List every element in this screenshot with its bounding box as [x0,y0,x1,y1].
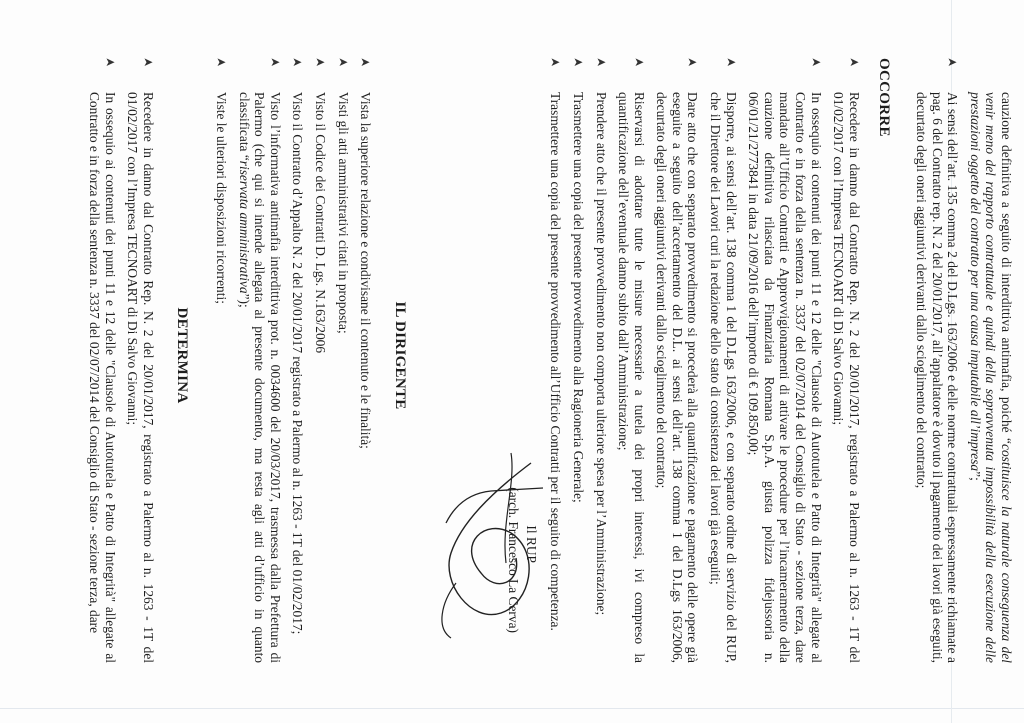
section-heading-il-dirigente: IL DIRIGENTE [391,48,407,663]
arrowhead-bullet-icon: ➤ [811,55,821,71]
arrowhead-bullet-icon: ➤ [293,55,303,71]
arrowhead-bullet-icon: ➤ [360,55,370,71]
arrowhead-bullet-icon: ➤ [270,55,280,71]
occorre-item: ➤ Disporre, ai sensi dell’art. 138 comma… [708,48,739,663]
determina-item: ➤ Recedere in danno dal Contratto Rep. N… [125,48,156,663]
dirigente-item: ➤ Visto il Contratto d’Appalto N. 2 del … [290,48,306,663]
arrowhead-bullet-icon: ➤ [338,55,348,71]
arrowhead-bullet-icon: ➤ [849,55,859,71]
dirigente-item: ➤ Visti gli atti amministrativi citati i… [335,48,351,663]
arrowhead-bullet-icon: ➤ [551,55,561,71]
arrowhead-bullet-icon: ➤ [596,55,606,71]
arrowhead-bullet-icon: ➤ [573,55,583,71]
arrowhead-bullet-icon: ➤ [315,55,325,71]
arrowhead-bullet-icon: ➤ [143,55,153,71]
dirigente-item: ➤ Visto il Codice dei Contratti D. Lgs. … [312,48,328,663]
dirigente-item-informativa: ➤ Visto l’informativa antimafia interdit… [236,48,283,663]
occorre-item: ➤ Dare atto che con separato provvedimen… [654,48,701,663]
occorre-item: ➤ Trasmettere una copia del presente pro… [570,48,586,663]
rup-signature-block: Il RUP (arch. Francesco La Cerva) [431,48,541,663]
occorre-item: ➤ Riservarsi di adottare tutte le misure… [616,48,647,663]
section-heading-determina: DETERMINA [174,48,190,663]
arrowhead-bullet-icon: ➤ [634,55,644,71]
occorre-item: ➤ In ossequio ai contenuti dei punti 11 … [746,48,824,663]
arrowhead-bullet-icon: ➤ [216,55,226,71]
intro-item: ➤ Ai sensi dell’art. 135 comma 2 del D.L… [913,48,960,663]
arrowhead-bullet-icon: ➤ [726,55,736,71]
occorre-item: ➤ Recedere in danno dal Contratto Rep. N… [831,48,862,663]
scan-margin-line [0,708,1024,709]
handwritten-signature-icon [431,433,551,643]
arrowhead-bullet-icon: ➤ [688,55,698,71]
arrowhead-bullet-icon: ➤ [105,55,115,71]
dirigente-item: ➤ Vista la superiore relazione e condivi… [358,48,374,663]
dirigente-item: ➤ Viste le ulteriori disposizioni ricorr… [213,48,229,663]
section-heading-occorre: OCCORRE [876,58,892,663]
determina-item: ➤ In ossequio ai contenuti dei punti 11 … [86,48,117,663]
occorre-item: ➤ Prendere atto che il presente provvedi… [593,48,609,663]
scanned-document-page: cauzione definitiva a seguito di interdi… [0,0,1024,723]
intro-continuation: cauzione definitiva a seguito di interdi… [967,48,1014,663]
arrowhead-bullet-icon: ➤ [947,55,957,71]
